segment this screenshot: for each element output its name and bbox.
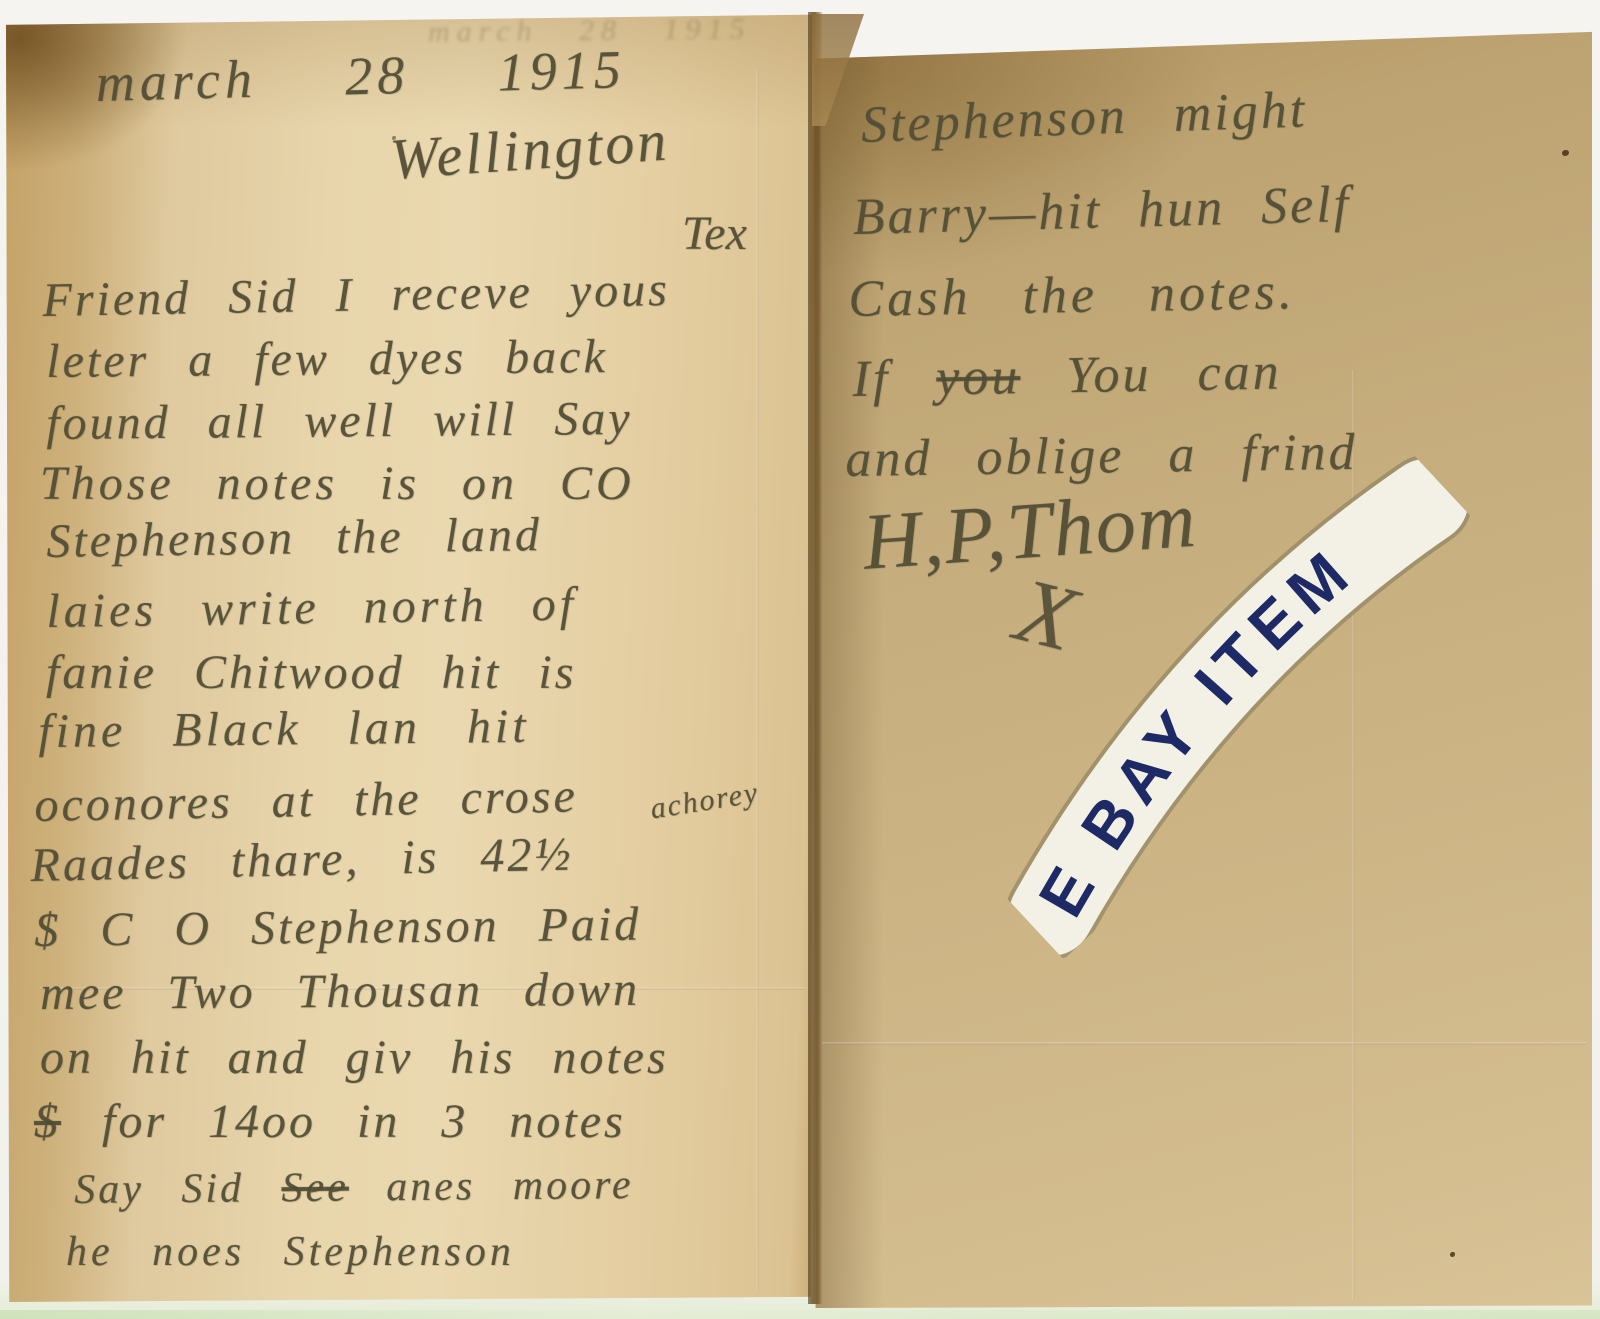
closing-line: and oblige a frind <box>845 423 1358 489</box>
letter-line: Friend Sid I receve yous <box>42 262 670 328</box>
postscript-prefix: Say Sid <box>74 1166 244 1213</box>
amount-text: for 14oo in 3 notes <box>102 1095 626 1148</box>
scanner-edge <box>0 1310 1600 1319</box>
cond-suffix: You can <box>1066 344 1282 405</box>
cond-prefix: If <box>852 350 891 408</box>
letter-line: oconores at the crose <box>34 769 578 833</box>
letter-scan: march 28 1915 march 28 1915 Wellington T… <box>0 0 1600 1319</box>
letter-line: $ C O Stephenson Paid <box>34 897 642 958</box>
letter-line: fanie Chitwood hit is <box>46 645 576 700</box>
letter-line: laies write north of <box>46 577 577 639</box>
letter-line: on hit and giv his notes <box>40 1030 669 1085</box>
struck-word: you <box>936 348 1021 406</box>
struck-word: See <box>281 1165 349 1212</box>
letter-line: mee Two Thousan down <box>40 962 640 1021</box>
letter-line: Raades thare, is 42½ <box>30 827 574 893</box>
fold-crease <box>756 70 759 1290</box>
page-fold-gap <box>808 12 822 1304</box>
letter-line: found all well will Say <box>46 391 633 451</box>
postscript-line: he noes Stephenson <box>66 1228 515 1276</box>
amount-line: $ for 14oo in 3 notes <box>34 1094 626 1149</box>
postscript-suffix: anes moore <box>386 1162 634 1210</box>
state-line: Tex <box>682 206 747 261</box>
struck-dollar: $ <box>34 1095 61 1148</box>
letter-line: leter a few dyes back <box>46 329 608 389</box>
letter-line: Those notes is on CO <box>40 456 635 511</box>
letter-line: fine Black lan hit <box>38 699 530 759</box>
fold-crease <box>822 1042 1586 1045</box>
letter-line: Stephenson the land <box>46 507 542 569</box>
postscript-line: Say Sid See anes moore <box>74 1161 634 1214</box>
conditional-line: If you You can <box>852 343 1282 409</box>
letter-line: Cash the notes. <box>848 262 1296 329</box>
